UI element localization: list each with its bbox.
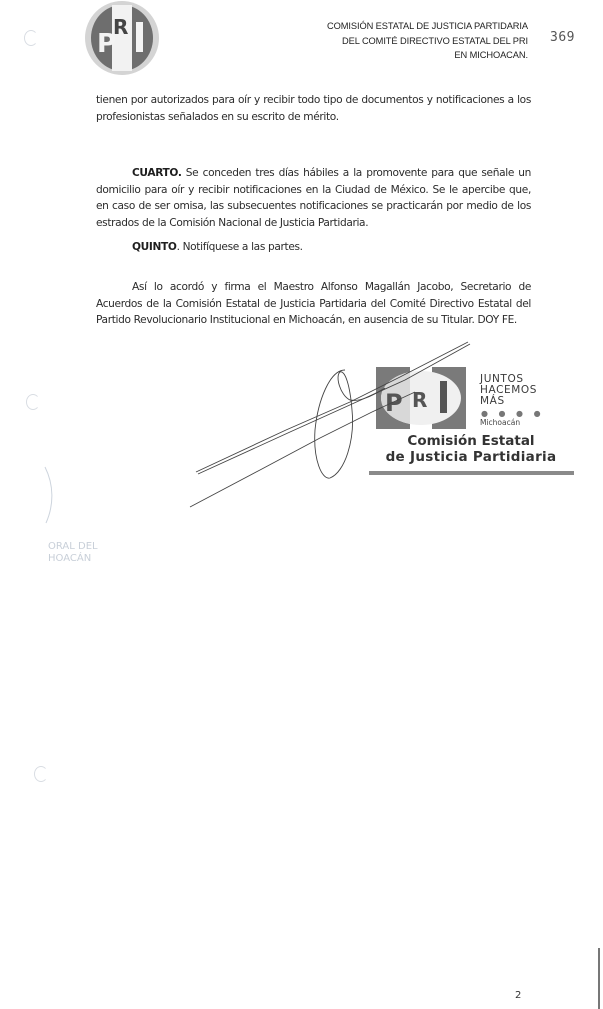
signature [0, 0, 603, 1009]
paragraph-autorizados: tienen por autorizados para oír y recibi… [96, 92, 531, 125]
stamp-slogan: JUNTOS HACEMOS MÁS [480, 374, 537, 407]
pri-logo: P R [84, 0, 160, 76]
paragraph-label-cuarto: CUARTO. [132, 167, 182, 179]
header-line-2: DEL COMITÉ DIRECTIVO ESTATAL DEL PRI [327, 34, 528, 49]
bleed-through-text: ORAL DEL HOACÁN [48, 541, 98, 565]
paragraph-quinto: QUINTO. Notifíquese a las partes. [96, 239, 531, 256]
document-header: COMISIÓN ESTATAL DE JUSTICIA PARTIDARIA … [327, 19, 528, 63]
punch-hole-mark [24, 30, 38, 46]
bleed-through-arc [40, 465, 60, 525]
header-line-1: COMISIÓN ESTATAL DE JUSTICIA PARTIDARIA [327, 19, 528, 34]
svg-text:R: R [113, 15, 128, 39]
folio-number: 369 [550, 30, 575, 45]
commission-stamp: P R JUNTOS HACEMOS MÁS ● ● ● ● Michoacán… [376, 367, 576, 477]
scan-edge-line [598, 948, 600, 1009]
stamp-pri-logo: P R [376, 367, 466, 429]
svg-text:R: R [412, 388, 427, 412]
page-number: 2 [515, 990, 521, 1001]
header-line-3: EN MICHOACAN. [327, 48, 528, 63]
paragraph-firma: Así lo acordó y firma el Maestro Alfonso… [96, 279, 531, 329]
punch-hole-mark [26, 394, 40, 410]
paragraph-label-quinto: QUINTO [132, 241, 177, 253]
stamp-region: Michoacán [480, 418, 520, 427]
svg-text:P: P [385, 389, 403, 417]
punch-hole-mark [34, 766, 48, 782]
stamp-title: Comisión Estatal de Justicia Partidiaria [366, 433, 576, 465]
stamp-underline [369, 471, 574, 475]
stamp-dots: ● ● ● ● [481, 409, 545, 418]
paragraph-cuarto: CUARTO. Se conceden tres días hábiles a … [96, 165, 531, 231]
